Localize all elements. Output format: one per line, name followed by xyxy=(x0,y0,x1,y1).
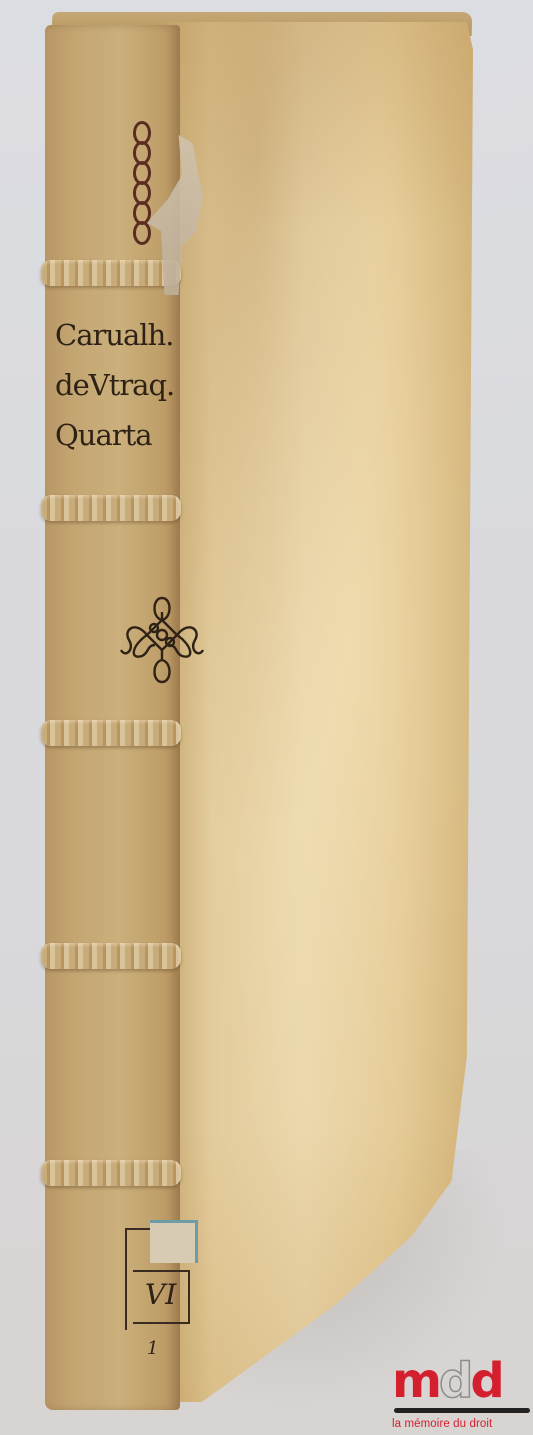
spine-title-line: Quarta xyxy=(55,410,185,460)
spine-band xyxy=(41,943,181,969)
book-spine: Carualh. deVtraq. Quarta V xyxy=(45,25,180,1410)
book-photo: Carualh. deVtraq. Quarta V xyxy=(0,0,533,1435)
book-front-cover xyxy=(165,22,473,1402)
label-blue-corner xyxy=(150,1220,198,1263)
mdd-watermark-logo: mdd la mémoire du droit xyxy=(392,1358,530,1430)
shelf-mark: 1 xyxy=(147,1338,158,1359)
spine-band xyxy=(41,495,181,521)
shelf-numeral: VI xyxy=(145,1278,176,1311)
logo-mark: mdd xyxy=(392,1358,530,1404)
spine-band xyxy=(41,1160,181,1186)
spine-band xyxy=(41,260,181,286)
spine-band xyxy=(41,720,181,746)
spine-title: Carualh. deVtraq. Quarta xyxy=(55,310,185,460)
shelf-label: VI 1 xyxy=(125,1220,200,1340)
spine-title-line: Carualh. xyxy=(55,310,185,360)
logo-tagline: la mémoire du droit xyxy=(392,1418,530,1430)
knot-ornament-icon xyxy=(117,590,207,690)
chain-ornament-icon xyxy=(133,125,149,245)
spine-title-line: deVtraq. xyxy=(55,360,185,410)
